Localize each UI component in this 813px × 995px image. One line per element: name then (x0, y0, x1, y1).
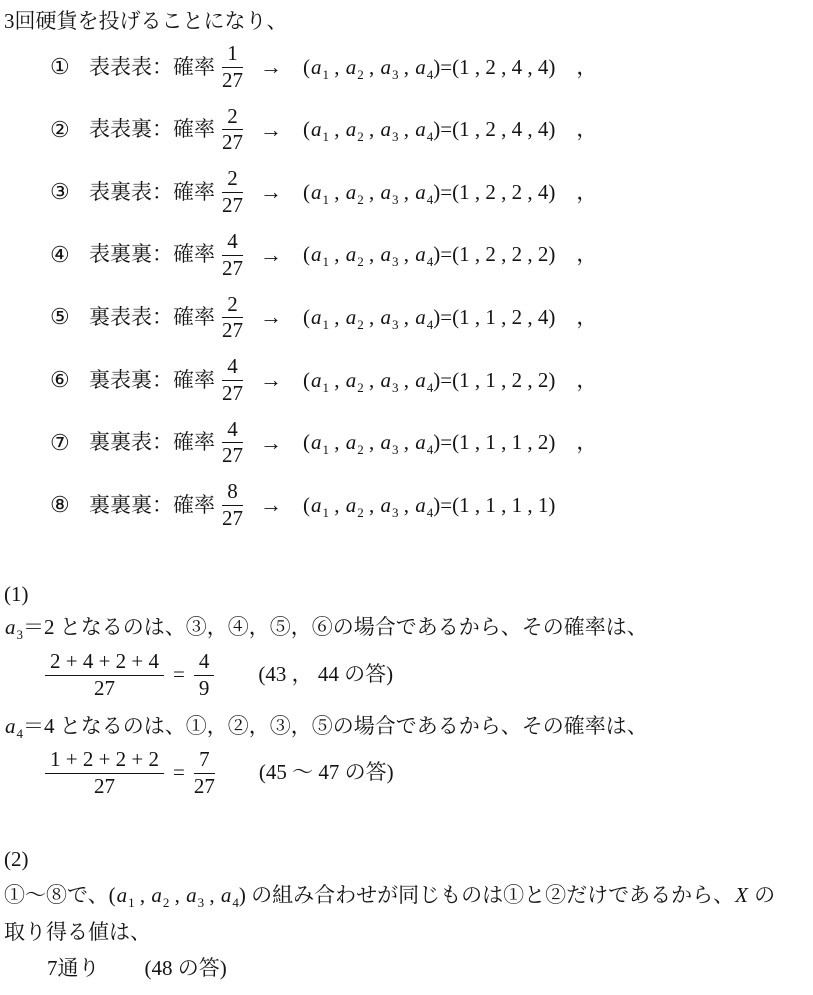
tuple-expression: (a1 , a2 , a3 , a4)=(1 , 2 , 4 , 4) (303, 116, 555, 143)
answer-note: (43 ， 44 の答) (258, 661, 393, 688)
case-row-5: ⑤ 裏表表：確率 227 → (a1 , a2 , a3 , a4)=(1 , … (0, 286, 813, 349)
intro-line: 3回硬貨を投げることになり、 (4, 8, 288, 35)
fraction-numerator: 7 (194, 748, 215, 774)
answer-note: (48 の答) (145, 955, 227, 982)
case-label: 表裏表：確率 (89, 179, 215, 206)
answer-note: (45 ～ 47 の答) (259, 759, 394, 786)
fraction-numerator: 4 (222, 355, 243, 381)
tuple-expression: (a1 , a2 , a3 , a4)=(1 , 2 , 2 , 2) (303, 241, 555, 268)
fraction-numerator: 4 (194, 650, 215, 676)
tuple-expression: (a1 , a2 , a3 , a4)=(1 , 1 , 1 , 2) (303, 429, 555, 456)
probability-fraction: 227 (222, 293, 243, 343)
part1-line-a3: a3＝2 となるのは、③，④，⑤，⑥の場合であるから、その確率は、 (4, 614, 648, 641)
line-text: ＝2 となるのは、③，④，⑤，⑥の場合であるから、その確率は、 (23, 615, 648, 639)
tuple-values: (1 , 1 , 1 , 1) (452, 493, 555, 517)
sum-fraction: 2 + 4 + 2 + 427 (45, 650, 164, 700)
equals-sign: = (173, 759, 185, 786)
arrow-icon: → (260, 116, 282, 145)
var-a: a (4, 714, 17, 738)
probability-fraction: 127 (222, 42, 243, 92)
fraction-denominator: 27 (222, 381, 243, 406)
case-number-icon: ① (50, 53, 77, 82)
tuple-expression: (a1 , a2 , a3 , a4)=(1 , 1 , 2 , 2) (303, 367, 555, 394)
case-number-icon: ⑥ (50, 366, 77, 395)
case-label: 表表裏：確率 (89, 116, 215, 143)
case-row-6: ⑥ 裏表裏：確率 427 → (a1 , a2 , a3 , a4)=(1 , … (0, 349, 813, 412)
arrow-icon: → (260, 429, 282, 458)
case-number-icon: ⑧ (50, 491, 77, 520)
tuple-variables: (a1 , a2 , a3 , a4) (109, 883, 252, 907)
case-label: 裏裏裏：確率 (89, 492, 215, 519)
fraction-numerator: 2 (222, 105, 243, 131)
case-list: ① 表表表：確率 127 → (a1 , a2 , a3 , a4)=(1 , … (0, 36, 813, 537)
fraction-denominator: 27 (222, 443, 243, 468)
case-number-icon: ④ (50, 241, 77, 270)
fraction-denominator: 27 (45, 774, 164, 799)
fraction-numerator: 8 (222, 480, 243, 506)
fraction-denominator: 27 (222, 193, 243, 218)
trailing-comma: ， (576, 116, 597, 143)
fraction-denominator: 27 (222, 256, 243, 281)
fraction-numerator: 4 (222, 230, 243, 256)
trailing-comma: ， (576, 54, 597, 81)
trailing-comma: ， (576, 367, 597, 394)
tuple-variables: (a1 , a2 , a3 , a4)= (303, 305, 452, 329)
probability-fraction: 227 (222, 167, 243, 217)
tuple-variables: (a1 , a2 , a3 , a4)= (303, 430, 452, 454)
arrow-icon: → (260, 366, 282, 395)
tuple-values: (1 , 1 , 1 , 2) (452, 430, 555, 454)
answer-value: 7通り (47, 955, 100, 982)
fraction-denominator: 9 (194, 676, 215, 701)
equals-sign: = (173, 661, 185, 688)
tuple-values: (1 , 2 , 2 , 4) (452, 180, 555, 204)
tuple-expression: (a1 , a2 , a3 , a4)=(1 , 1 , 1 , 1) (303, 492, 555, 519)
fraction-numerator: 1 (222, 42, 243, 68)
probability-fraction: 427 (222, 355, 243, 405)
fraction-numerator: 2 (222, 167, 243, 193)
case-number-icon: ⑤ (50, 303, 77, 332)
var-a: a (4, 615, 17, 639)
tuple-values: (1 , 2 , 4 , 4) (452, 117, 555, 141)
tuple-values: (1 , 1 , 2 , 2) (452, 368, 555, 392)
tuple-variables: (a1 , a2 , a3 , a4)= (303, 180, 452, 204)
fraction-numerator: 1 + 2 + 2 + 2 (45, 748, 164, 774)
document-page: 3回硬貨を投げることになり、 ① 表表表：確率 127 → (a1 , a2 ,… (0, 0, 813, 995)
part1-label: (1) (4, 581, 29, 608)
trailing-comma: ， (576, 241, 597, 268)
case-row-4: ④ 表裏裏：確率 427 → (a1 , a2 , a3 , a4)=(1 , … (0, 224, 813, 287)
tuple-values: (1 , 1 , 2 , 4) (452, 305, 555, 329)
tuple-expression: (a1 , a2 , a3 , a4)=(1 , 2 , 2 , 4) (303, 179, 555, 206)
fraction-numerator: 4 (222, 418, 243, 444)
case-row-2: ② 表表裏：確率 227 → (a1 , a2 , a3 , a4)=(1 , … (0, 99, 813, 162)
probability-fraction: 227 (222, 105, 243, 155)
case-label: 裏裏表：確率 (89, 429, 215, 456)
tuple-variables: (a1 , a2 , a3 , a4)= (303, 493, 452, 517)
fraction-numerator: 2 (222, 293, 243, 319)
case-row-1: ① 表表表：確率 127 → (a1 , a2 , a3 , a4)=(1 , … (0, 36, 813, 99)
part2-label: (2) (4, 846, 29, 873)
fraction-denominator: 27 (194, 774, 215, 799)
case-number-icon: ⑦ (50, 429, 77, 458)
fraction-denominator: 27 (222, 318, 243, 343)
case-number-icon: ② (50, 116, 77, 145)
line-text: ＝4 となるのは、①，②，③，⑤の場合であるから、その確率は、 (23, 714, 648, 738)
case-row-7: ⑦ 裏裏表：確率 427 → (a1 , a2 , a3 , a4)=(1 , … (0, 412, 813, 475)
tuple-variables: (a1 , a2 , a3 , a4)= (303, 368, 452, 392)
part2-line-1: ①～⑧で、(a1 , a2 , a3 , a4) の組み合わせが同じものは①と②… (4, 882, 775, 909)
fraction-denominator: 27 (222, 68, 243, 93)
line-text: の組み合わせが同じものは①と②だけであるから、 (251, 883, 734, 907)
line-text: ①～⑧で、 (4, 883, 109, 907)
part1-equation-2: 1 + 2 + 2 + 227 = 727 (45 ～ 47 の答) (45, 748, 394, 798)
probability-fraction: 427 (222, 418, 243, 468)
tuple-expression: (a1 , a2 , a3 , a4)=(1 , 2 , 4 , 4) (303, 54, 555, 81)
fraction-denominator: 27 (222, 506, 243, 531)
sum-fraction: 1 + 2 + 2 + 227 (45, 748, 164, 798)
part1-line-a4: a4＝4 となるのは、①，②，③，⑤の場合であるから、その確率は、 (4, 713, 648, 740)
arrow-icon: → (260, 303, 282, 332)
fraction-denominator: 27 (222, 130, 243, 155)
part2-line-2: 取り得る値は、 (4, 919, 151, 946)
tuple-variables: (a1 , a2 , a3 , a4)= (303, 55, 452, 79)
fraction-denominator: 27 (45, 676, 164, 701)
case-number-icon: ③ (50, 178, 77, 207)
final-answer-line: 7通り (48 の答) (47, 955, 227, 982)
arrow-icon: → (260, 178, 282, 207)
case-label: 表表表：確率 (89, 54, 215, 81)
trailing-comma: ， (576, 179, 597, 206)
tuple-values: (1 , 2 , 2 , 2) (452, 242, 555, 266)
tuple-values: (1 , 2 , 4 , 4) (452, 55, 555, 79)
result-fraction: 727 (194, 748, 215, 798)
tuple-expression: (a1 , a2 , a3 , a4)=(1 , 1 , 2 , 4) (303, 304, 555, 331)
tuple-variables: (a1 , a2 , a3 , a4)= (303, 242, 452, 266)
case-label: 表裏裏：確率 (89, 241, 215, 268)
case-row-3: ③ 表裏表：確率 227 → (a1 , a2 , a3 , a4)=(1 , … (0, 161, 813, 224)
fraction-numerator: 2 + 4 + 2 + 4 (45, 650, 164, 676)
case-label: 裏表表：確率 (89, 304, 215, 331)
arrow-icon: → (260, 241, 282, 270)
arrow-icon: → (260, 491, 282, 520)
arrow-icon: → (260, 53, 282, 82)
tuple-variables: (a1 , a2 , a3 , a4)= (303, 117, 452, 141)
probability-fraction: 827 (222, 480, 243, 530)
case-row-8: ⑧ 裏裏裏：確率 827 → (a1 , a2 , a3 , a4)=(1 , … (0, 474, 813, 537)
part1-equation-1: 2 + 4 + 2 + 427 = 49 (43 ， 44 の答) (45, 650, 393, 700)
trailing-comma: ， (576, 429, 597, 456)
trailing-comma: ， (576, 304, 597, 331)
line-text: の (749, 883, 775, 907)
result-fraction: 49 (194, 650, 215, 700)
case-label: 裏表裏：確率 (89, 367, 215, 394)
var-x: X (734, 883, 749, 907)
probability-fraction: 427 (222, 230, 243, 280)
